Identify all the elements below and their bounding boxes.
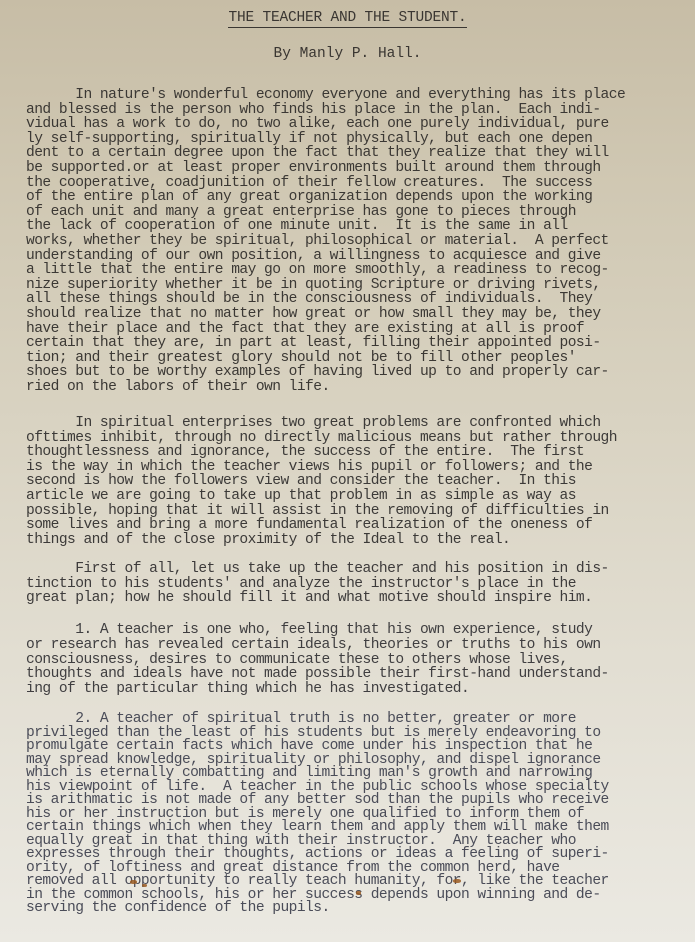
paragraph-spiritual-enterprises: In spiritual enterprises two great probl… xyxy=(26,416,686,547)
rust-stain xyxy=(130,880,137,884)
rust-stain xyxy=(453,879,461,883)
rust-stain xyxy=(356,891,361,895)
document-title-text: THE TEACHER AND THE STUDENT. xyxy=(228,10,466,28)
paragraph-point-2: 2. A teacher of spiritual truth is no be… xyxy=(26,713,686,916)
typed-document-page: THE TEACHER AND THE STUDENT. By Manly P.… xyxy=(0,0,695,942)
rust-stain xyxy=(142,884,147,887)
document-byline: By Manly P. Hall. xyxy=(0,46,695,62)
paragraph-intro: In nature's wonderful economy everyone a… xyxy=(26,88,686,394)
paragraph-first-of-all: First of all, let us take up the teacher… xyxy=(26,562,686,606)
document-title: THE TEACHER AND THE STUDENT. xyxy=(0,10,695,26)
paragraph-point-1: 1. A teacher is one who, feeling that hi… xyxy=(26,623,686,697)
